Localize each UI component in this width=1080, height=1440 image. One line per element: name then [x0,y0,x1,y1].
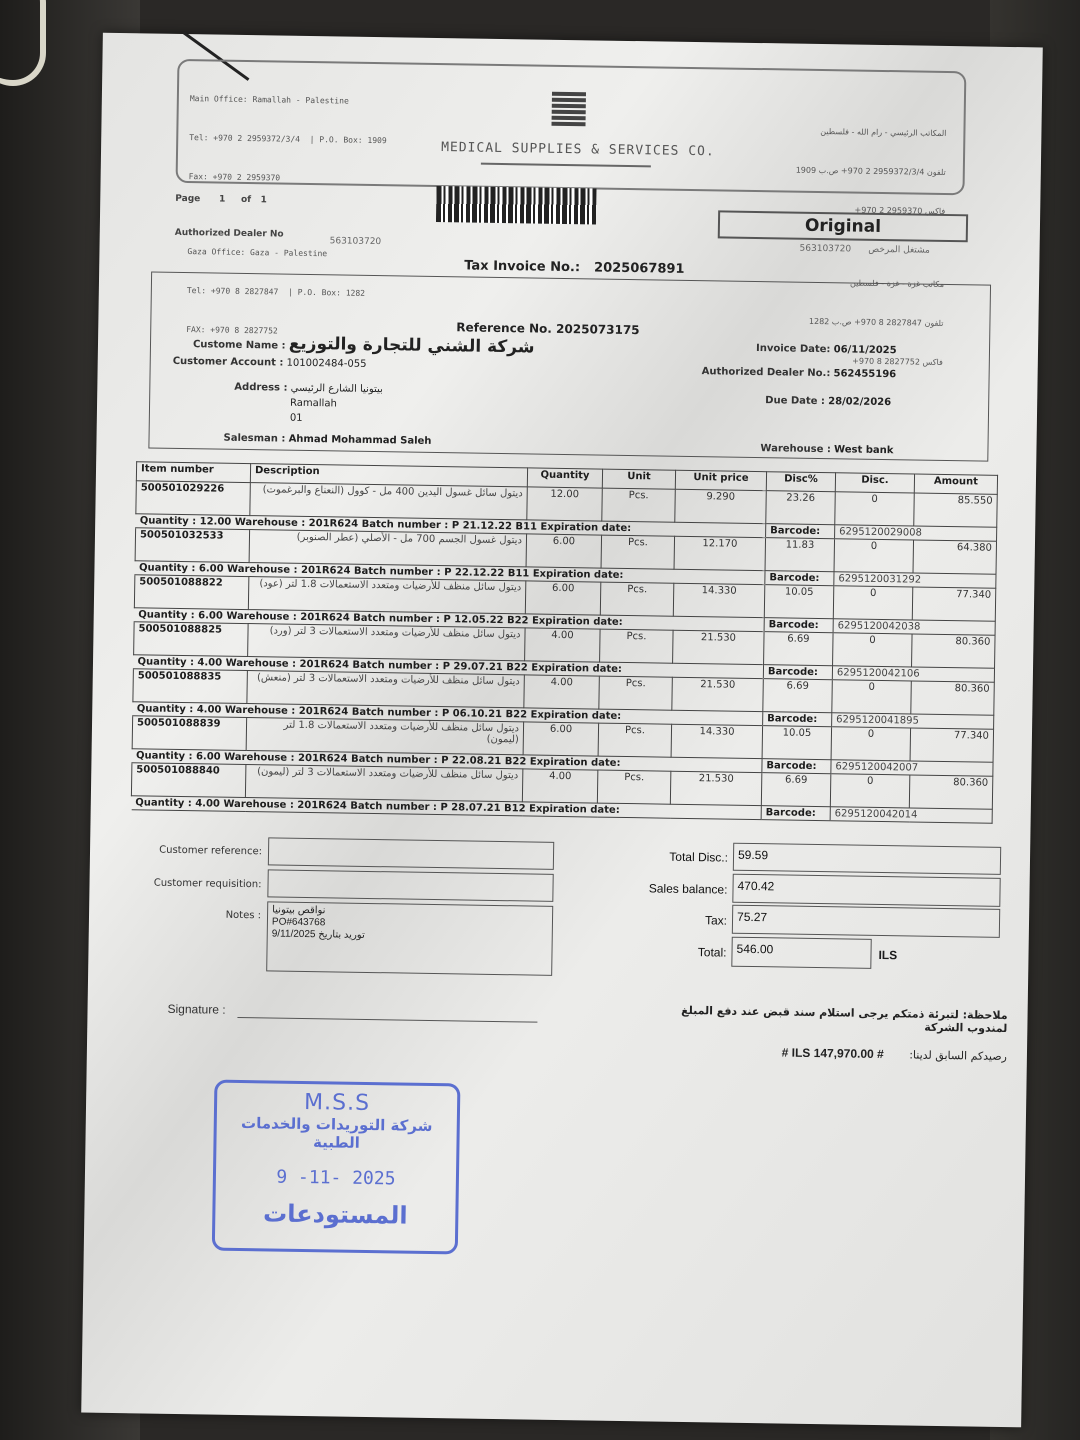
address-line: تلفون 2959372/3/4 2 970+ ص.ب 1909 [716,162,946,179]
barcode-value: 6295120042014 [830,807,992,824]
notes-field: نواقص بيتونيا PO#643768 9/11/2025 توريد … [266,901,553,975]
item-unit: Pcs. [598,723,672,757]
item-amount: 77.340 [912,587,996,621]
copy-type-badge: Original [718,210,968,242]
total-value: 546.00 [731,937,871,969]
item-disc: 0 [835,492,915,526]
due-date: Due Date : 28/02/2026 [765,395,891,408]
col-amount: Amount [914,474,997,494]
col-quantity: Quantity [527,468,602,488]
item-quantity: 4.00 [525,628,601,662]
stamp-line: المستودعات [215,1199,455,1231]
stamp-line: شركة التوريدات والخدمات الطبية [216,1114,457,1154]
item-quantity: 6.00 [526,534,602,568]
item-number: 500501088835 [133,669,248,704]
currency-label: ILS [878,948,897,962]
reference-number: Reference No. 2025073175 [456,320,640,337]
item-quantity: 4.00 [522,769,598,803]
item-unit-price: 21.530 [673,630,765,664]
items-table: Item number Description Quantity Unit Un… [131,461,998,823]
payment-note: ملاحظة: لتبرئة ذمتكم يرجى استلام سند قبض… [647,1003,1007,1035]
barcode-label: Barcode: [761,806,830,821]
item-number: 500501088839 [132,716,247,751]
customer-address: Address : بيتونيا الشارع الرئيسي Ramalla… [234,380,383,427]
tax-invoice-number: Tax Invoice No.:2025067891 [464,258,685,276]
sales-balance-label: Sales balance: [577,880,727,896]
item-disc: 0 [834,539,914,573]
signature-label: Signature : [167,1002,225,1017]
barcode-image [436,186,597,225]
tax-invoice: Main Office: Ramallah - Palestine Tel: +… [81,33,1043,1428]
col-unit: Unit [602,469,675,489]
authorized-dealer-value: 563103720 [330,236,382,247]
tax-label: Tax: [577,911,727,927]
item-quantity: 4.00 [524,675,600,709]
item-unit-price: 21.530 [670,771,762,805]
authorized-dealer-label: Authorized Dealer No [175,228,284,240]
item-description: ديتول سائل منظف للأرضيات ومتعدد الاستعما… [246,718,523,755]
col-unit-price: Unit price [675,470,766,490]
item-quantity: 6.00 [525,581,601,615]
address-line: Gaza Office: Gaza - Palestine [187,245,385,261]
item-disc: 0 [833,633,913,667]
cable [0,0,46,86]
invoice-date: Invoice Date: 06/11/2025 [756,343,897,356]
item-disc-pct: 23.26 [766,491,836,525]
col-disc-pct: Disc% [766,472,835,492]
item-amount: 85.550 [914,493,998,527]
item-description: ديتول سائل منظف للأرضيات ومتعدد الاستعما… [248,577,525,614]
barcode-label: Barcode: [766,524,835,539]
item-description: ديتول سائل منظف للأرضيات ومتعدد الاستعما… [248,624,525,661]
customer-requisition-field [267,869,553,901]
address-line: Main Office: Ramallah - Palestine [190,92,388,108]
item-number: 500501032533 [135,528,250,563]
item-number: 500501029226 [136,481,251,516]
item-unit: Pcs. [602,488,676,522]
item-unit-price: 9.290 [675,489,767,523]
item-unit-price: 12.170 [674,536,766,570]
item-amount: 80.360 [909,775,993,809]
item-description: ديتول سائل منظف للأرضيات ومتعدد الاستعما… [247,671,524,708]
item-disc-pct: 11.83 [765,538,835,572]
barcode-label: Barcode: [764,618,833,633]
item-disc-pct: 6.69 [763,679,833,713]
barcode-label: Barcode: [763,665,832,680]
item-disc: 0 [833,586,913,620]
item-disc-pct: 6.69 [761,773,831,807]
page-indicator: Page 1 of 1 [175,194,267,205]
item-quantity: 12.00 [527,487,603,521]
item-description: ديتول سائل غسول اليدين 400 مل - كوول (ال… [250,483,527,520]
item-unit-price: 14.330 [671,724,763,758]
item-amount: 77.340 [910,728,994,762]
item-unit-price: 21.530 [672,677,764,711]
sales-balance-value: 470.42 [732,874,1000,907]
barcode-label: Barcode: [763,712,832,727]
col-disc: Disc. [835,473,914,493]
item-disc: 0 [830,774,910,808]
item-number: 500501088840 [131,763,246,798]
customer-reference-label: Customer reference: [112,844,262,857]
item-unit: Pcs. [597,770,671,804]
authorized-dealer-arabic: 563103720 مشتغل المرخص [800,244,930,256]
item-unit: Pcs. [599,676,673,710]
total-disc-label: Total Disc.: [578,848,728,864]
item-unit: Pcs. [600,582,674,616]
address-line: Fax: +970 2 2959370 [189,170,387,186]
col-item-number: Item number [136,462,250,483]
item-description: ديتول غسول الجسم 700 مل - الأصلي (عطر ال… [249,530,526,567]
invoice-paper: Main Office: Ramallah - Palestine Tel: +… [81,33,1043,1428]
item-disc-pct: 6.69 [764,632,834,666]
item-amount: 80.360 [912,634,996,668]
item-disc-pct: 10.05 [764,585,834,619]
signature-line [237,1017,537,1023]
notes-label: Notes : [111,908,261,921]
customer-reference-field [268,837,554,869]
stamp-date: 9 -11- 2025 [216,1166,456,1191]
total-disc-value: 59.59 [733,843,1001,875]
item-description: ديتول سائل منظف للأرضيات ومتعدد الاستعما… [245,765,522,802]
item-number: 500501088822 [134,575,249,610]
waves-logo-icon [551,92,586,133]
company-stamp: M.S.S شركة التوريدات والخدمات الطبية 9 -… [212,1080,461,1255]
item-quantity: 6.00 [523,722,599,756]
item-amount: 80.360 [911,681,995,715]
item-number: 500501088825 [134,622,249,657]
item-disc-pct: 10.05 [762,726,832,760]
address-line: المكاتب الرئيسي - رام الله - فلسطين [716,123,946,140]
item-unit: Pcs. [600,629,674,663]
barcode-label: Barcode: [765,571,834,586]
stamp-line: M.S.S [217,1089,457,1118]
item-disc: 0 [831,727,911,761]
item-disc: 0 [832,680,912,714]
barcode-label: Barcode: [762,759,831,774]
item-amount: 64.380 [913,540,997,574]
previous-balance: رصيدكم السابق لدينا: # 147,970.00 ILS # [687,1044,1007,1063]
tax-value: 75.27 [732,905,1000,938]
warehouse: Warehouse : West bank [760,443,893,456]
item-unit: Pcs. [601,535,675,569]
total-label: Total: [576,943,726,959]
customer-requisition-label: Customer requisition: [111,877,261,890]
address-line: Tel: +970 2 2959372/3/4 | P.O. Box: 1909 [189,131,387,147]
item-unit-price: 14.330 [673,583,765,617]
